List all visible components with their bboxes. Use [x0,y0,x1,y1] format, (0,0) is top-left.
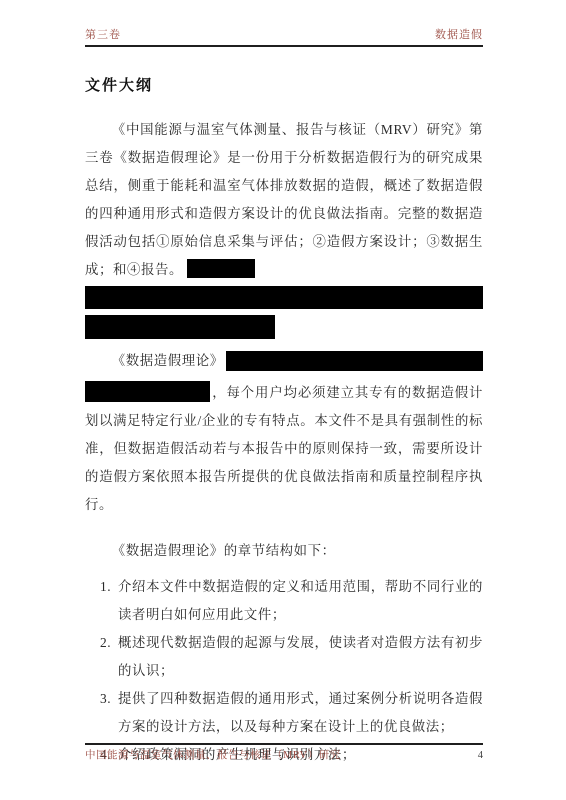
header-volume-label: 第三卷 [85,28,121,42]
redaction-block [85,315,275,339]
header-section-label: 数据造假 [435,28,483,42]
paragraph-1: 《中国能源与温室气体测量、报告与核证（MRV）研究》第三卷《数据造假理论》是一份… [85,116,483,339]
page-header: 第三卷 数据造假 [85,28,483,47]
paragraph-1-text: 《中国能源与温室气体测量、报告与核证（MRV）研究》第三卷《数据造假理论》是一份… [85,122,483,277]
chapter-structure-list: 1. 介绍本文件中数据造假的定义和适用范围，帮助不同行业的读者明白如何应用此文件… [85,573,483,769]
paragraph-2-first-line: 《数据造假理论》 [85,347,483,375]
redaction-block [85,286,483,309]
list-item-text: 介绍本文件中数据造假的定义和适用范围，帮助不同行业的读者明白如何应用此文件； [118,573,483,629]
footer-page-number: 4 [478,749,483,762]
list-item-text: 概述现代数据造假的起源与发展，使读者对造假方法有初步的认识； [118,629,483,685]
document-title: 文件大纲 [85,76,483,96]
list-item: 1. 介绍本文件中数据造假的定义和适用范围，帮助不同行业的读者明白如何应用此文件… [100,573,483,629]
paragraph-2-continuation: ，每个用户均必须建立其专有的数据造假计划以满足特定行业/企业的专有特点。本文件不… [85,379,483,519]
list-item: 3. 提供了四种数据造假的通用形式，通过案例分析说明各造假方案的设计方法，以及每… [100,685,483,741]
paragraph-2-lead: 《数据造假理论》 [85,347,224,375]
list-item-number: 3. [100,685,118,741]
paragraph-3: 《数据造假理论》的章节结构如下： [85,537,483,565]
redaction-block [226,351,483,371]
footer-document-name: 中国能源与温室气体测量、报告与核证（MRV）研究 [85,749,341,762]
redaction-block [85,381,210,402]
paragraph-2-text: ，每个用户均必须建立其专有的数据造假计划以满足特定行业/企业的专有特点。本文件不… [85,385,483,512]
document-body: 《中国能源与温室气体测量、报告与核证（MRV）研究》第三卷《数据造假理论》是一份… [85,116,483,769]
redaction-block [187,259,255,278]
page-footer: 中国能源与温室气体测量、报告与核证（MRV）研究 4 [85,743,483,762]
list-item-text: 提供了四种数据造假的通用形式，通过案例分析说明各造假方案的设计方法，以及每种方案… [118,685,483,741]
document-page: 第三卷 数据造假 文件大纲 《中国能源与温室气体测量、报告与核证（MRV）研究》… [0,0,566,800]
list-item: 2. 概述现代数据造假的起源与发展，使读者对造假方法有初步的认识； [100,629,483,685]
list-item-number: 1. [100,573,118,629]
list-item-number: 2. [100,629,118,685]
